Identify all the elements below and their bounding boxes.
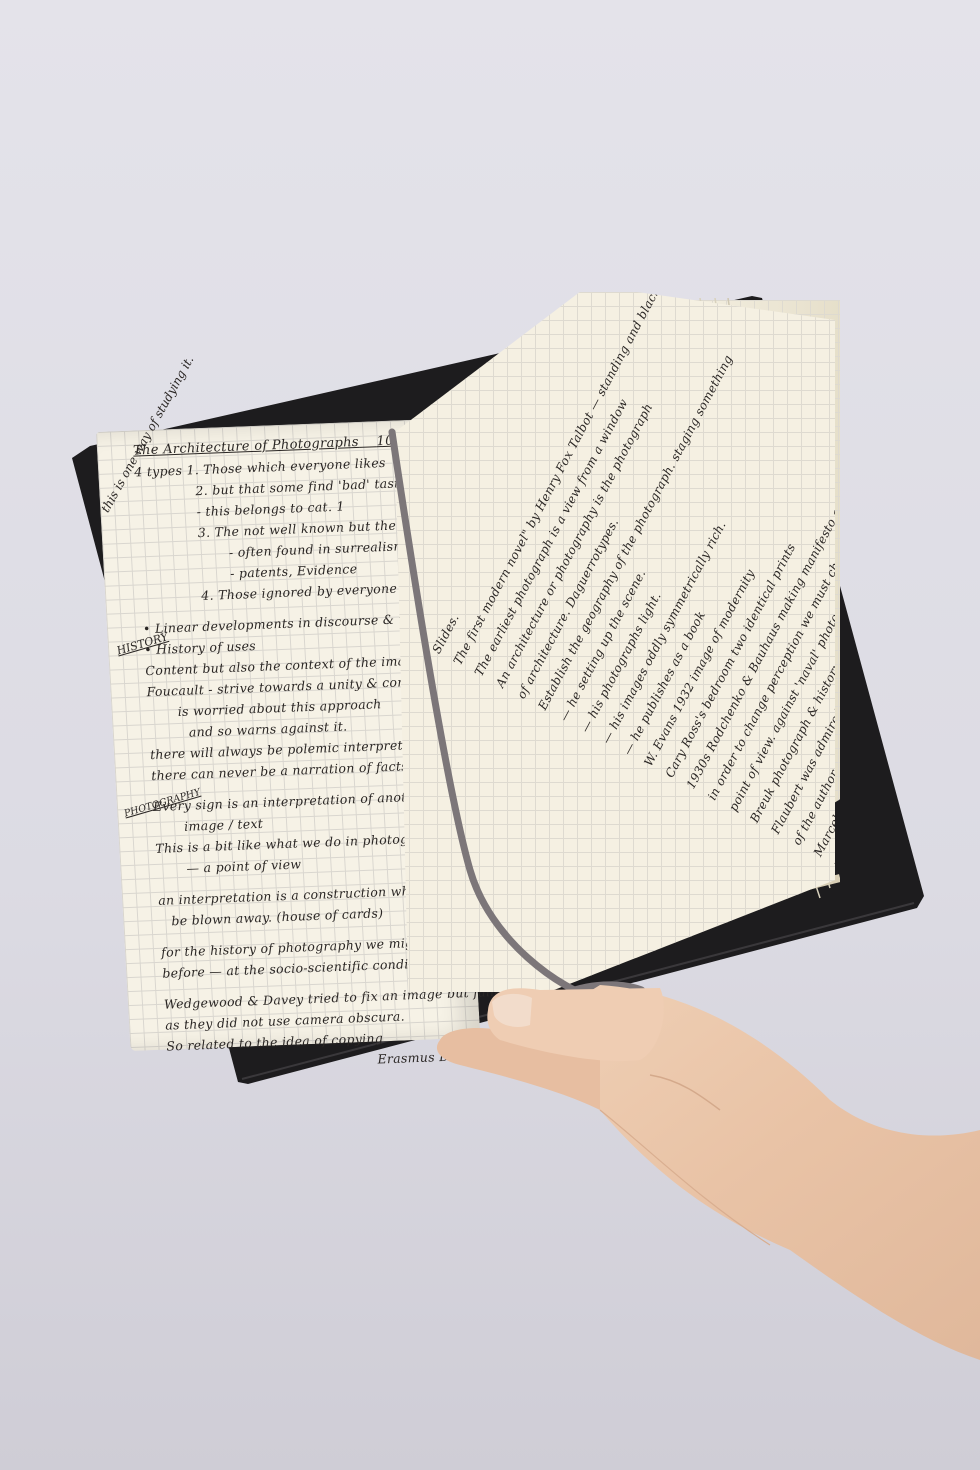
note-line: of Cary Ross. — [976, 393, 980, 952]
photo-scene: 15. ... 3185 ft 3.0 0.95 ? see this is o… — [0, 0, 980, 1470]
note-line: Hitchcock & Johnson were architects & fr… — [955, 381, 980, 940]
note-line: Two Braque prints — link to Warhol. — [934, 370, 980, 929]
right-page[interactable]: Slides. The first modern novel" by Henry… — [395, 292, 835, 992]
